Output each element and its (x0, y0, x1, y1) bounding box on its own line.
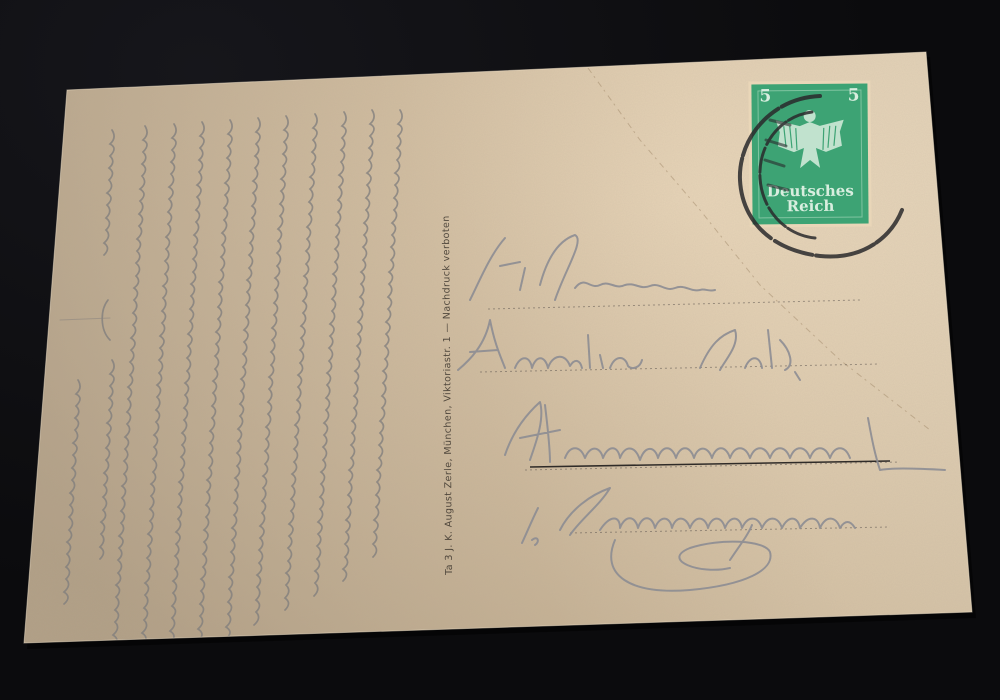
postage-stamp: 5 5 Deutsches Reich (751, 83, 868, 224)
eagle-icon (770, 102, 851, 183)
photo-scene: Ta 3 J. K. August Zerle, München, Viktor… (0, 0, 1000, 700)
stamp-country-line2: Reich (752, 198, 868, 214)
